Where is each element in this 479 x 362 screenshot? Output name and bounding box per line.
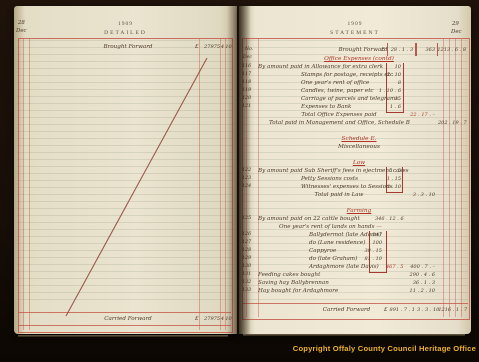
amount-inner: 247 — [353, 231, 382, 239]
statement-rows: Brought Forward£28 . 1 . 33631213 . 6 . … — [239, 46, 471, 295]
amount-inner: 10 — [375, 63, 401, 71]
amount-pounds: 27975 — [200, 314, 220, 324]
section-heading: Law — [294, 159, 424, 167]
ledger-row-spacer — [239, 127, 471, 135]
amount-inner: 1 . 6 — [375, 103, 401, 111]
ledger-row-117: 117Stamps for postage, receipts etc2 . 1… — [239, 71, 471, 79]
entry-description: Saving hay Ballybrennan — [258, 279, 329, 287]
voucher-number: 119 — [242, 87, 256, 95]
amount-subtotal-red: 467 . 5 — [386, 263, 408, 271]
ledger-row-127: 127do (Lane residence)100 — [239, 239, 471, 247]
voucher-number: 124 — [242, 183, 256, 191]
total-label: Total Office Expenses paid — [269, 111, 409, 119]
amount-inner: 15 — [375, 95, 401, 103]
amount-c: 1213 . 6 . 8 — [437, 46, 466, 54]
entry-description: do (late Graham) — [309, 255, 357, 263]
amount-inner: 2 . 10 — [375, 71, 401, 79]
entry-description: Expenses to Bank — [301, 103, 351, 111]
voucher-number: 116 — [242, 63, 256, 71]
voucher-number: 118 — [242, 79, 256, 87]
entry-description: Feeding cakes bought — [258, 271, 320, 279]
ledger-row-total: Total paid in Management and Office, Sch… — [239, 119, 471, 127]
entry-description: Cappyroe — [309, 247, 336, 255]
ledger-row-126: 126Ballydermot (late Adams)247 — [239, 231, 471, 239]
ledger-row-124: 124Witnesses' expenses to Sessions3 . 10 — [239, 183, 471, 191]
voucher-number: 125 — [242, 215, 256, 223]
ledger-photograph: 1909 DETAILED 28 Dec Brought Forward £ 2… — [0, 0, 479, 362]
amount-inner: 346 . 12 . 6 — [375, 215, 401, 223]
ledger-row-bf: Brought Forward£28 . 1 . 33631213 . 6 . … — [239, 46, 471, 55]
amount-inner: 100 — [353, 239, 382, 247]
amount-c: 1216 . 1 . 7 — [438, 305, 467, 315]
ledger-row-total: Total paid in Law3 . 3 . 10 — [239, 191, 471, 199]
amount-inner: 81 . 10 — [353, 255, 382, 263]
amount-inner: 8 — [375, 79, 401, 87]
year-label: 1909 — [239, 21, 471, 27]
amount-b: 400 . 7 . – — [406, 263, 435, 271]
entry-description: One year's rent of office — [301, 79, 369, 87]
voucher-number: 133 — [242, 287, 256, 295]
ledger-row-heading: Schedule E. — [239, 135, 471, 143]
ledger-row-133: 133Hay bought for Ardaghmore11 . 2 . 10 — [239, 287, 471, 295]
entry-description: Hay bought for Ardaghmore — [258, 287, 338, 295]
detailed-page: 1909 DETAILED 28 Dec Brought Forward £ 2… — [14, 6, 237, 334]
copyright-watermark: Copyright Offaly County Council Heritage… — [293, 344, 476, 353]
ledger-row-spacer — [239, 199, 471, 207]
page-edge-left — [18, 335, 228, 337]
voucher-number: 122 — [242, 167, 256, 175]
amount-inner: 1 . 5 — [375, 167, 401, 175]
statement-page: 1909 STATEMENT 29 Dec No. Dec Brought Fo… — [239, 6, 471, 334]
ledger-row-heading: Law — [239, 159, 471, 167]
amount-inner: 3 . 10 — [375, 183, 401, 191]
amount-inner: 1 . 15 — [375, 175, 401, 183]
amount-b: 3 . 3 . 10 — [417, 305, 436, 315]
entry-description: Candles, twine, paper etc — [301, 87, 374, 95]
ledger-row-119: 119Candles, twine, paper etc1 . 10 . 6 — [239, 87, 471, 95]
section-heading: Office Expenses (contd) — [294, 55, 424, 63]
entry-description: Carried Forward — [309, 305, 384, 315]
voucher-number: 117 — [242, 71, 256, 79]
amount-pence: 10 — [225, 314, 232, 324]
page-title: STATEMENT — [239, 30, 471, 36]
ledger-row-121: 121Expenses to Bank1 . 6 — [239, 103, 471, 111]
section-subheading: Miscellaneous — [294, 143, 424, 151]
entry-description: Carried Forward — [97, 314, 159, 324]
page-edge-right — [243, 334, 465, 336]
ledger-row-intro: One year's rent of lands on hands — — [239, 223, 471, 231]
amount-b: 11 . 2 . 10 — [406, 287, 435, 295]
entry-description: Ardaghmore (late Davis) — [309, 263, 379, 271]
amount-b: 36 . 1 . 3 — [406, 279, 435, 287]
voucher-number: 130 — [242, 263, 256, 271]
ledger-row-122: 122By amount paid Sub Sheriff's fees in … — [239, 167, 471, 175]
total-amount: 202 . 19 . 7 — [438, 119, 466, 127]
amount-inner: 38 . 15 — [353, 247, 382, 255]
ledger-row-subheading: Miscellaneous — [239, 143, 471, 151]
month-label: Dec — [451, 28, 462, 36]
carried-forward-rule — [242, 303, 468, 304]
amount-b: 363 — [416, 46, 435, 54]
voucher-number: 128 — [242, 247, 256, 255]
carried-forward-row: Carried Forward £ 891 . 7 . 1 3 . 3 . 10… — [239, 305, 471, 317]
voucher-number: 126 — [242, 231, 256, 239]
diagonal-strike-line — [14, 6, 237, 334]
amount-a: 891 . 7 . 1 — [389, 305, 415, 315]
section-heading: Schedule E. — [294, 135, 424, 143]
amount-b: 290 . 4 . 6 — [406, 271, 435, 279]
ledger-row-125: 125By amount paid on 22 cattle bought346… — [239, 215, 471, 223]
voucher-number: 129 — [242, 255, 256, 263]
ledger-row-total: Total Office Expenses paid22 . 17 . – — [239, 111, 471, 119]
total-amount-red: 22 . 17 . – — [406, 111, 435, 119]
voucher-number: 121 — [242, 103, 256, 111]
voucher-number: 127 — [242, 239, 256, 247]
currency-symbol: £ — [384, 305, 388, 315]
ledger-row-116: 116By amount paid in Allowance for extra… — [239, 63, 471, 71]
total-amount: 3 . 3 . 10 — [406, 191, 435, 199]
ledger-row-130: 130Ardaghmore (late Davis)467 . 5400 . 7… — [239, 263, 471, 271]
ledger-row-123: 123Petty Sessions costs1 . 15 — [239, 175, 471, 183]
currency-symbol: £ — [381, 46, 385, 54]
carried-forward-row: Carried Forward £ 27975 4 10 — [14, 314, 237, 325]
ledger-row-spacer — [239, 151, 471, 159]
ledger-row-118: 118One year's rent of office8 — [239, 79, 471, 87]
entry-description: By amount paid in Allowance for extra cl… — [258, 63, 383, 71]
voucher-number: 123 — [242, 175, 256, 183]
voucher-number: 120 — [242, 95, 256, 103]
ledger-row-129: 129do (late Graham)81 . 10 — [239, 255, 471, 263]
ledger-row-heading: Farming — [239, 207, 471, 215]
currency-symbol: £ — [195, 314, 199, 324]
ledger-row-heading: Office Expenses (contd) — [239, 55, 471, 63]
entry-description: By amount paid on 22 cattle bought — [258, 215, 360, 223]
voucher-number: 131 — [242, 271, 256, 279]
total-label: Total paid in Law — [269, 191, 409, 199]
amount-inner: 1 . 10 . 6 — [375, 87, 401, 95]
ledger-row-131: 131Feeding cakes bought290 . 4 . 6 — [239, 271, 471, 279]
section-heading: Farming — [294, 207, 424, 215]
entry-description: One year's rent of lands on hands — — [279, 223, 382, 231]
ledger-row-132: 132Saving hay Ballybrennan36 . 1 . 3 — [239, 279, 471, 287]
ledger-row-120: 120Carriage of parcels and telegrams15 — [239, 95, 471, 103]
ledger-row-128: 128Cappyroe38 . 15 — [239, 247, 471, 255]
voucher-number: 132 — [242, 279, 256, 287]
amount-a: 28 . 1 . 3 — [387, 46, 413, 54]
page-number: 29 — [452, 20, 459, 28]
entry-description: Petty Sessions costs — [301, 175, 358, 183]
total-label: Total paid in Management and Office, Sch… — [269, 119, 409, 127]
